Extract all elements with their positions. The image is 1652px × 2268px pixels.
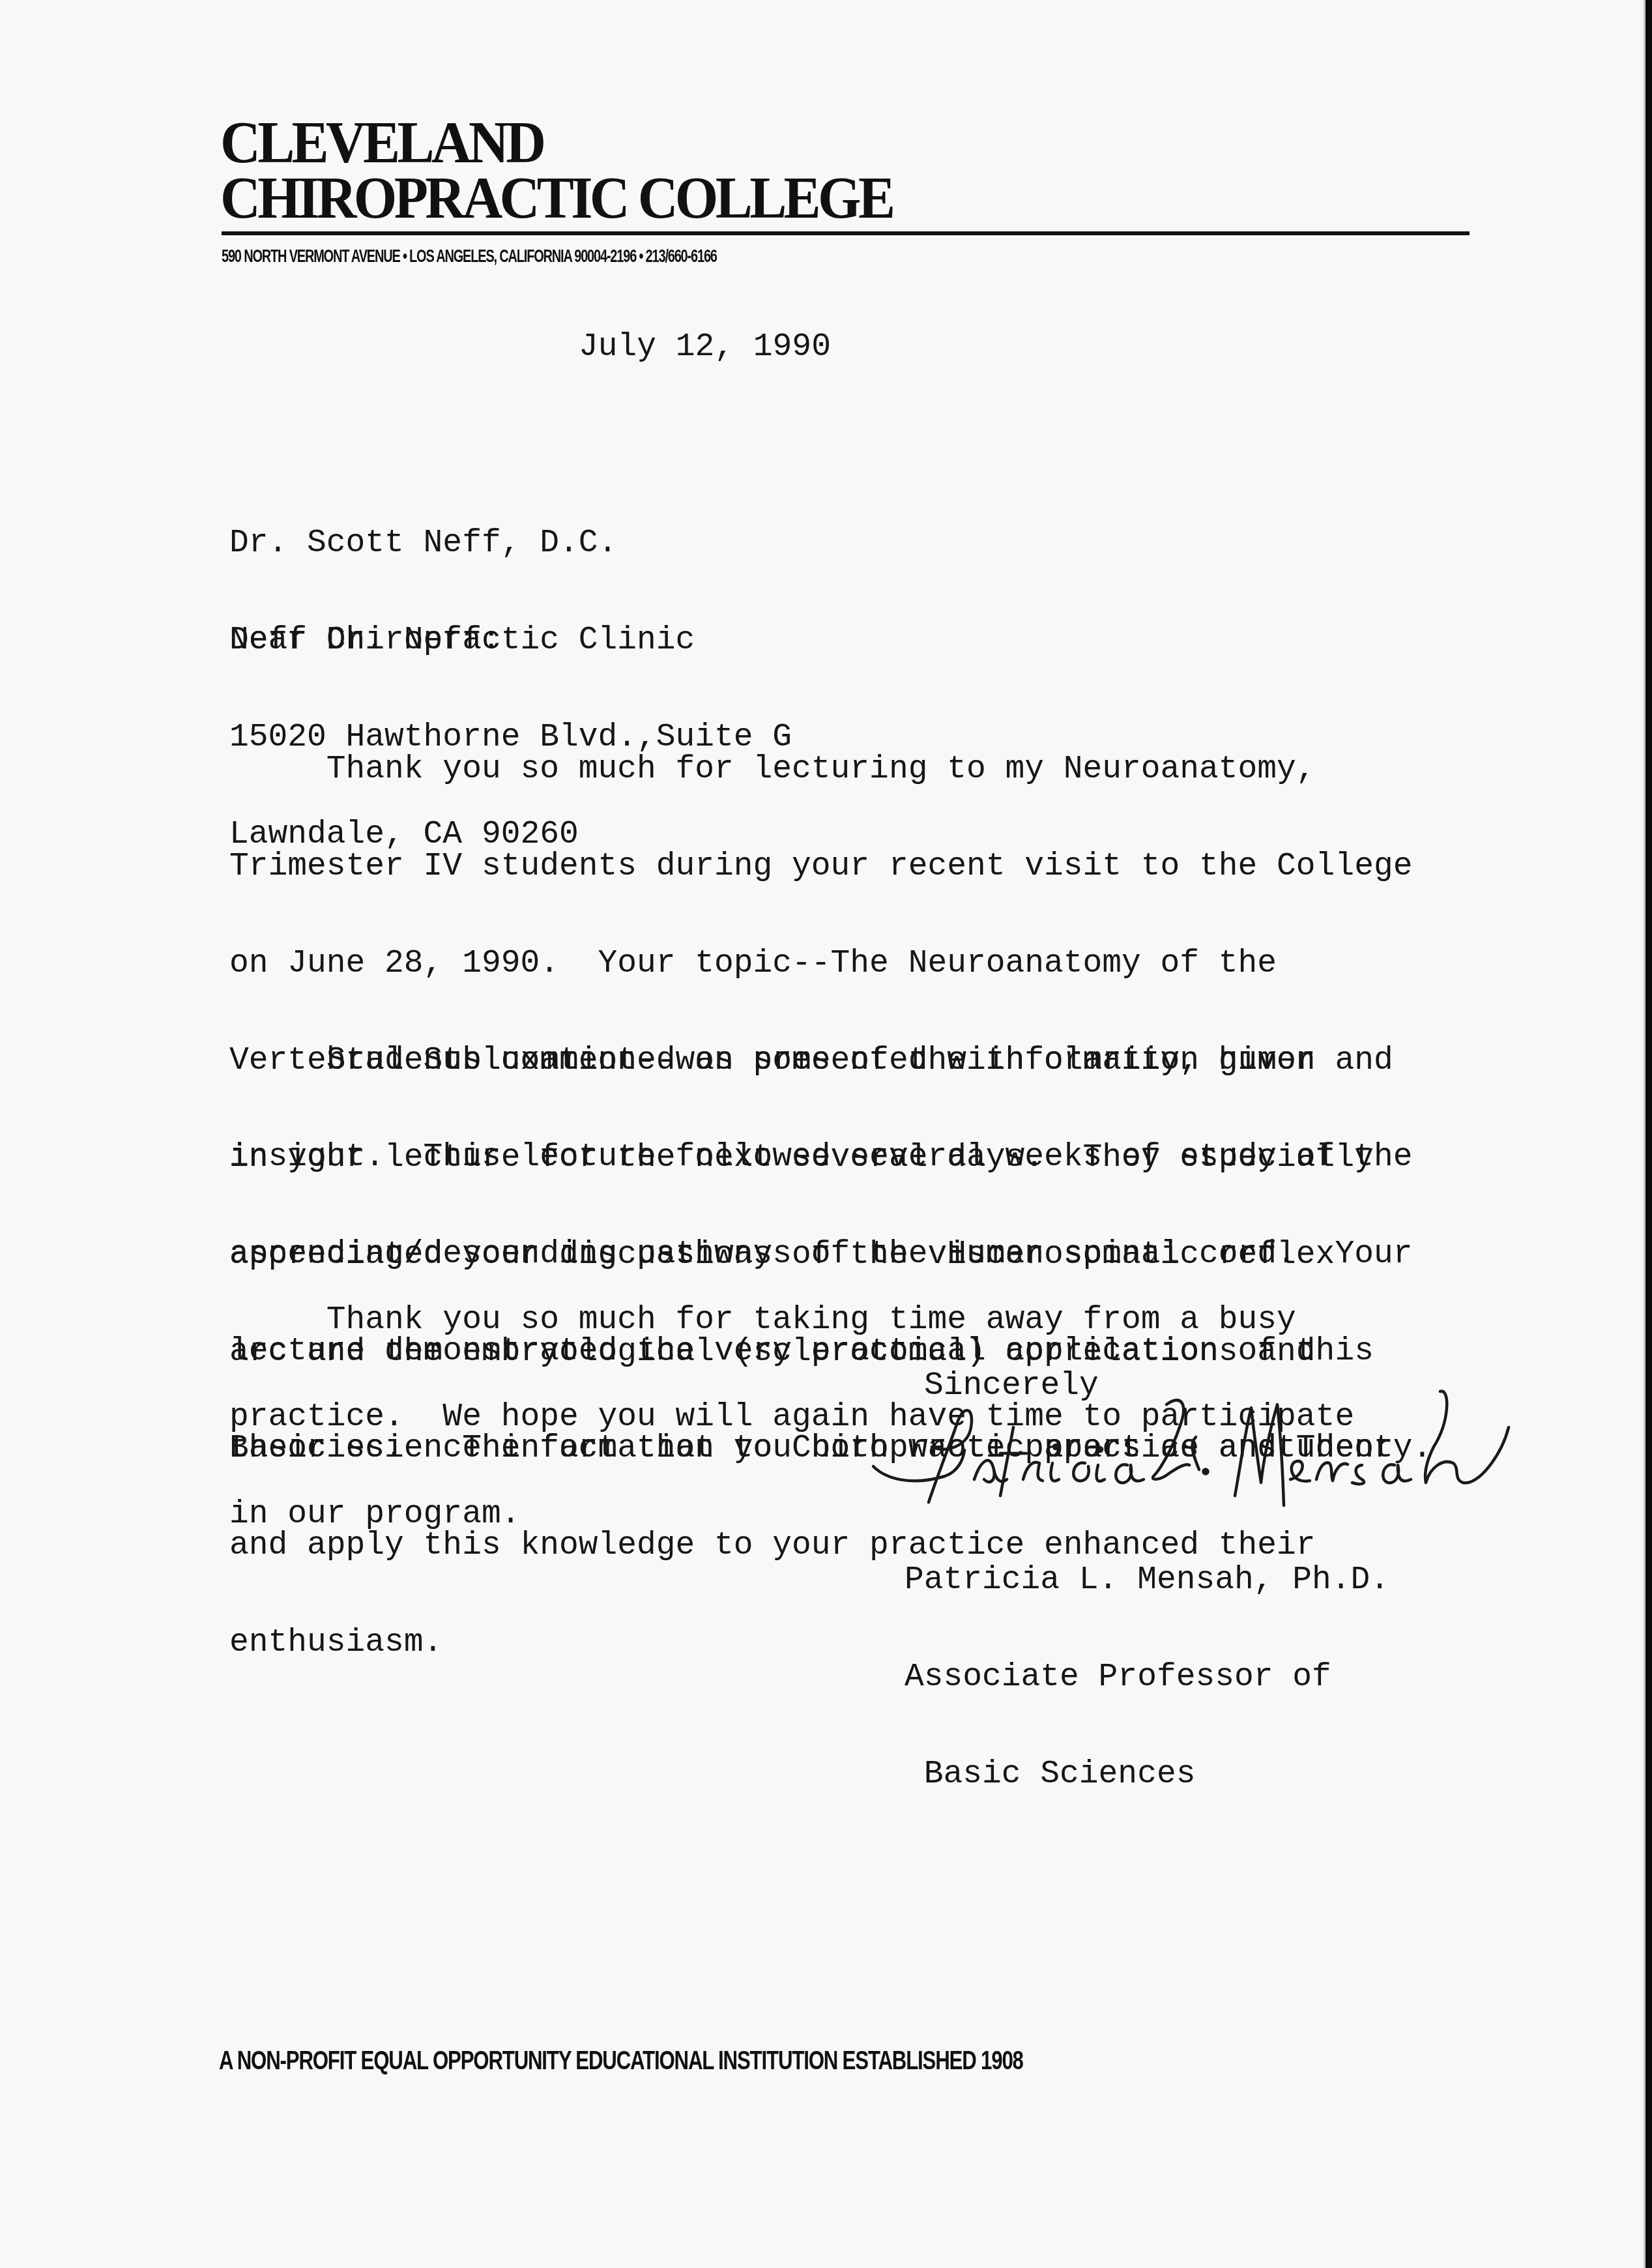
- scan-edge-shadow: [1645, 0, 1652, 2268]
- letterhead-institution-line1: CLEVELAND: [220, 112, 543, 172]
- salutation: Dear Dr. Neff:: [229, 624, 501, 657]
- signer-name: Patricia L. Mensah, Ph.D.: [905, 1564, 1389, 1597]
- letter-page: CLEVELAND CHIROPRACTIC COLLEGE 590 NORTH…: [0, 0, 1645, 2268]
- recipient-name: Dr. Scott Neff, D.C.: [229, 527, 792, 560]
- signer-title: Associate Professor of: [905, 1661, 1389, 1694]
- letterhead-rule: [222, 231, 1470, 235]
- paragraph-line: Trimester IV students during your recent…: [229, 850, 1432, 883]
- paragraph-line: in your lecture for the next several day…: [229, 1142, 1393, 1174]
- letter-date: July 12, 1990: [579, 331, 831, 364]
- paragraph-line: on June 28, 1990. Your topic--The Neuroa…: [229, 948, 1432, 980]
- paragraph-line: Thank you so much for taking time away f…: [229, 1304, 1354, 1337]
- signer-department: Basic Sciences: [905, 1758, 1389, 1791]
- signer-block: Patricia L. Mensah, Ph.D. Associate Prof…: [905, 1500, 1389, 1855]
- paragraph-line: Thank you so much for lecturing to my Ne…: [229, 753, 1432, 786]
- paragraph-line: Students commented on some of the inform…: [229, 1045, 1393, 1077]
- letterhead-institution-line2: CHIROPRACTIC COLLEGE: [220, 167, 892, 227]
- letterhead-footer: A NON-PROFIT EQUAL OPPORTUNITY EDUCATION…: [219, 2046, 1023, 2076]
- letterhead-address: 590 NORTH VERMONT AVENUE • LOS ANGELES, …: [222, 246, 717, 267]
